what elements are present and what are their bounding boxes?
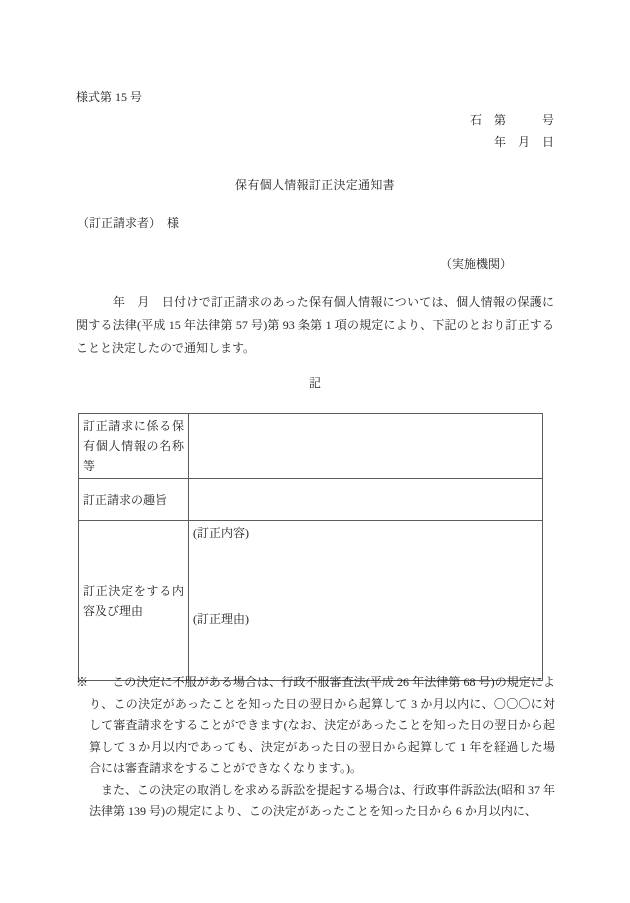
footnotes: ※ この決定に不服がある場合は、行政不服審査法(平成 26 年法律第 68 号)…: [76, 672, 555, 823]
addressee-line: （訂正請求者） 様: [77, 214, 179, 231]
table-row-request-purpose: 訂正請求の趣旨: [79, 479, 543, 521]
body-paragraph: 年 月 日付けで訂正請求のあった保有個人情報については、個人情報の保護に関する法…: [76, 291, 554, 360]
table-row-decision-content: 訂正決定をする内容及び理由 (訂正内容) (訂正理由): [79, 521, 543, 681]
table-row-information-name: 訂正請求に係る保有個人情報の名称等: [79, 414, 543, 479]
document-page: 様式第 15 号 石 第 号 年 月 日 保有個人情報訂正決定通知書 （訂正請求…: [0, 0, 630, 903]
correction-details-table: 訂正請求に係る保有個人情報の名称等 訂正請求の趣旨 訂正決定をする内容及び理由 …: [78, 413, 543, 681]
note-administrative-appeal: ※ この決定に不服がある場合は、行政不服審査法(平成 26 年法律第 68 号)…: [76, 672, 555, 780]
doc-number-line: 石 第 号: [470, 111, 554, 128]
note-revocation-lawsuit: また、この決定の取消しを求める訴訟を提起する場合は、行政事件訴訟法(昭和 37 …: [76, 780, 555, 823]
record-marker: 記: [0, 374, 630, 391]
date-line: 年 月 日: [494, 133, 554, 150]
row-value-decision-content: (訂正内容) (訂正理由): [189, 521, 543, 681]
document-title: 保有個人情報訂正決定通知書: [0, 176, 630, 193]
correction-content-label: (訂正内容): [193, 523, 538, 543]
row-value-information-name: [189, 414, 543, 479]
row-label-decision-content: 訂正決定をする内容及び理由: [79, 521, 189, 681]
row-label-request-purpose: 訂正請求の趣旨: [79, 479, 189, 521]
row-value-request-purpose: [189, 479, 543, 521]
issuing-agency-line: （実施機関）: [440, 255, 512, 272]
row-label-information-name: 訂正請求に係る保有個人情報の名称等: [79, 414, 189, 479]
form-number: 様式第 15 号: [76, 88, 142, 105]
correction-reason-label: (訂正理由): [193, 609, 538, 629]
